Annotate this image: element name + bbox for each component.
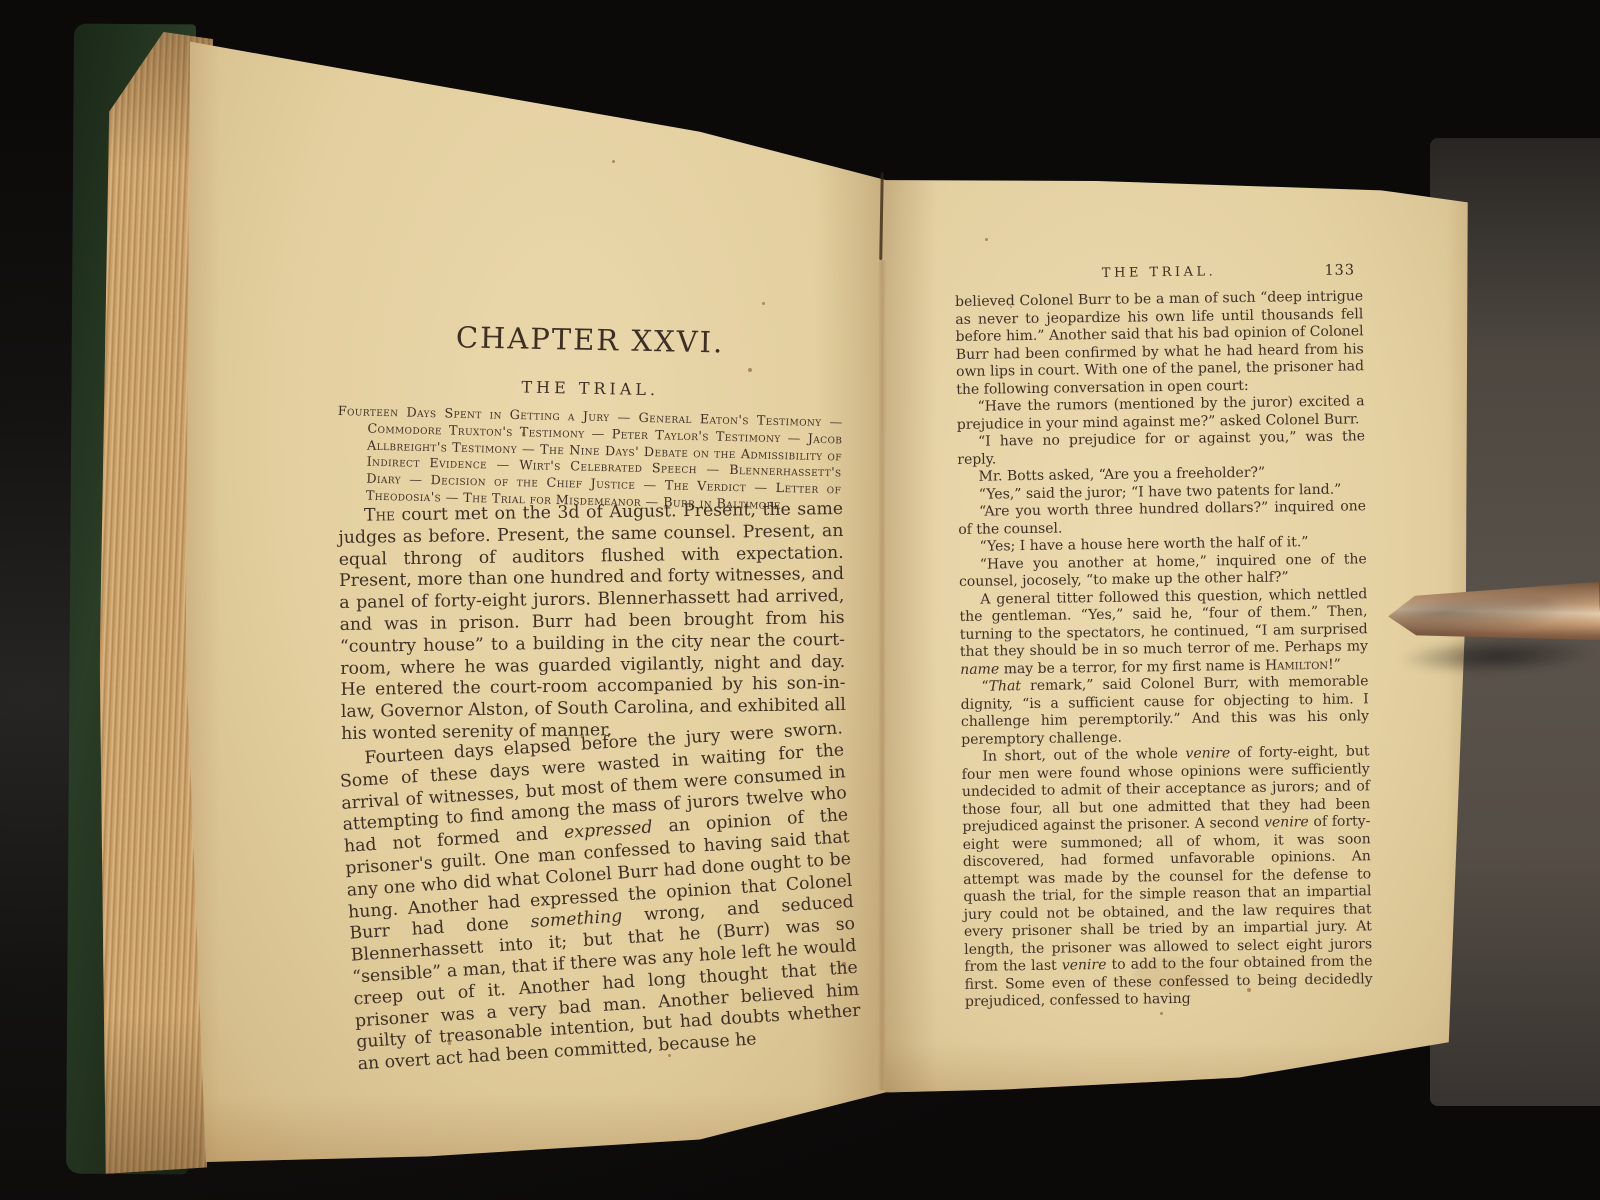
book-photograph: CHAPTER XXVI. THE TRIAL. Fourteen Days S… — [0, 0, 1600, 1200]
foxing-spot — [1160, 1012, 1163, 1015]
running-header: THE TRIAL. — [955, 262, 1363, 283]
page-number: 133 — [1324, 262, 1355, 278]
paragraph: “I have no prejudice for or against you,… — [957, 428, 1365, 469]
paragraph: The court met on the 3d of August. Prese… — [338, 499, 846, 746]
paragraph: “Are you worth three hundred dollars?” i… — [958, 498, 1366, 539]
foxing-spot — [748, 368, 752, 372]
foxing-spot — [762, 302, 765, 305]
right-page: THE TRIAL. 133 believed Colonel Burr to … — [884, 168, 1476, 1098]
right-page-text: believed Colonel Burr to be a man of suc… — [955, 288, 1373, 1011]
foxing-spot — [985, 238, 988, 241]
chapter-heading: CHAPTER XXVI. — [337, 318, 843, 362]
running-header-row: THE TRIAL. 133 — [955, 262, 1363, 283]
left-page: CHAPTER XXVI. THE TRIAL. Fourteen Days S… — [170, 36, 886, 1162]
chapter-subtitle: THE TRIAL. — [338, 374, 843, 403]
paragraph: “Have the rumors (mentioned by the juror… — [956, 393, 1364, 434]
paragraph: In short, out of the whole venire of for… — [961, 743, 1373, 1011]
paragraph: “Have you another at home,” inquired one… — [959, 551, 1367, 592]
paragraph: “That remark,” said Colonel Burr, with m… — [960, 673, 1369, 749]
book-gutter-seam — [878, 260, 886, 1090]
foxing-spot — [612, 160, 615, 163]
pen-shadow — [1397, 635, 1598, 678]
paragraph: believed Colonel Burr to be a man of suc… — [955, 288, 1364, 399]
paragraph: Fourteen days elapsed before the jury we… — [338, 718, 863, 1076]
paragraph: A general titter followed this question,… — [959, 586, 1368, 679]
